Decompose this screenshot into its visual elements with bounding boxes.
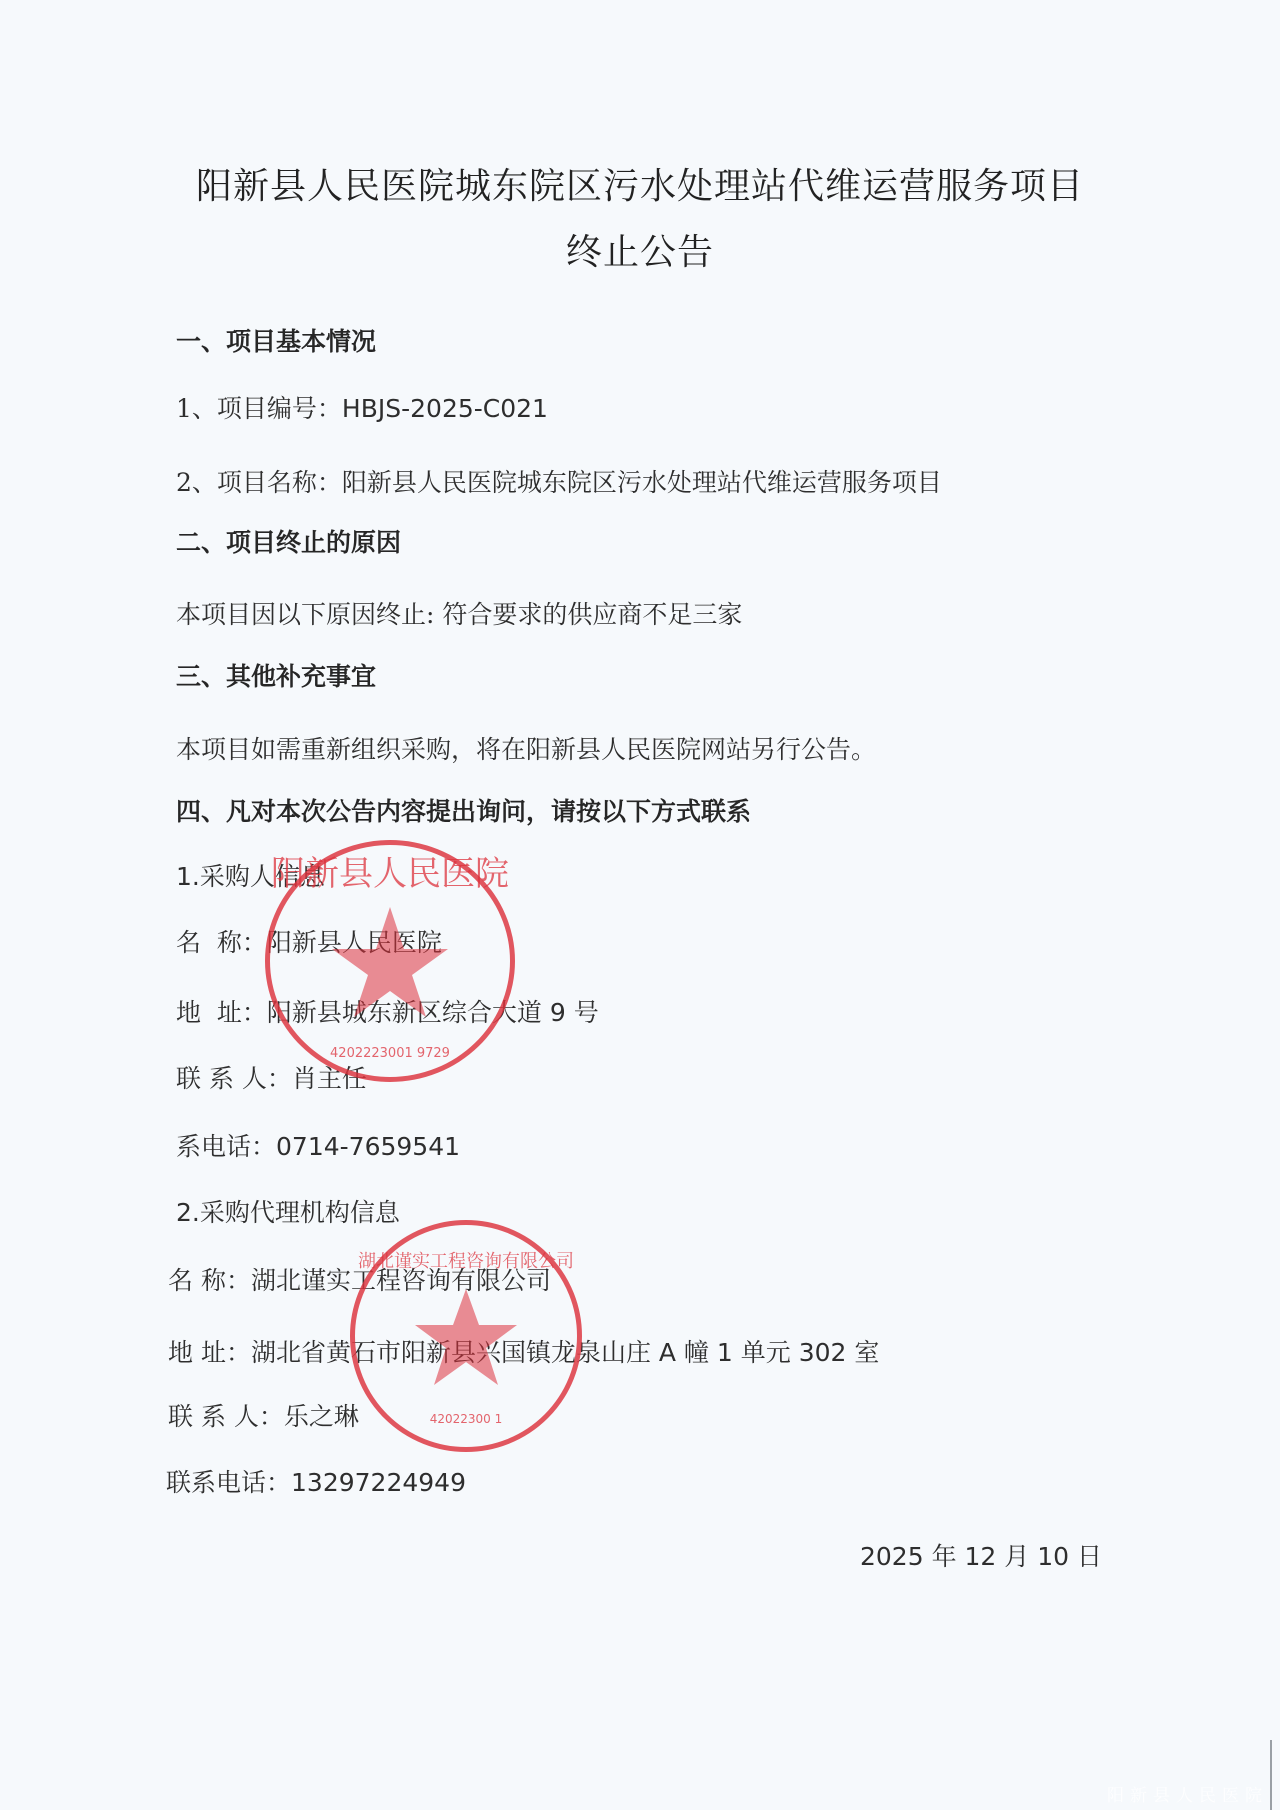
- page-edge-divider: [1270, 1740, 1272, 1810]
- supplementary-notes: 本项目如需重新组织采购，将在阳新县人民医院网站另行公告。: [176, 733, 876, 767]
- purchaser-heading: 1.采购人信息: [176, 860, 325, 894]
- agency-phone-label: 联系电话：: [166, 1466, 291, 1500]
- purchaser-contact-label: 联 系 人：: [176, 1062, 292, 1096]
- purchaser-address-row: 地 址：阳新县城东新区综合大道 9 号: [176, 996, 599, 1030]
- project-name-value: 阳新县人民医院城东院区污水处理站代维运营服务项目: [342, 468, 942, 497]
- agency-name-label: 名 称：: [168, 1264, 251, 1298]
- project-name-label: 2、项目名称：: [176, 466, 342, 500]
- agency-name-value: 湖北谨实工程咨询有限公司: [251, 1266, 551, 1295]
- agency-address-label: 地 址：: [168, 1336, 251, 1370]
- termination-reason: 本项目因以下原因终止: 符合要求的供应商不足三家: [176, 598, 742, 632]
- agency-heading: 2.采购代理机构信息: [176, 1196, 400, 1230]
- svg-text:42022300 1: 42022300 1: [430, 1412, 503, 1426]
- agency-name-row: 名 称：湖北谨实工程咨询有限公司: [168, 1264, 551, 1298]
- purchaser-phone-value: 0714-7659541: [276, 1132, 460, 1161]
- agency-contact-label: 联 系 人：: [168, 1400, 284, 1434]
- agency-address-value: 湖北省黄石市阳新县兴国镇龙泉山庄 A 幢 1 单元 302 室: [251, 1338, 879, 1367]
- agency-address-row: 地 址：湖北省黄石市阳新县兴国镇龙泉山庄 A 幢 1 单元 302 室: [168, 1336, 879, 1370]
- project-number-row: 1、项目编号：HBJS-2025-C021: [176, 392, 548, 426]
- purchaser-phone-label: 系电话：: [176, 1130, 276, 1164]
- purchaser-contact-value: 肖主任: [292, 1064, 367, 1093]
- agency-contact-row: 联 系 人：乐之琳: [168, 1400, 359, 1434]
- purchaser-address-label: 地 址：: [176, 996, 267, 1030]
- watermark-text: 阳新县人民医院: [1107, 1781, 1268, 1806]
- section4-heading: 四、凡对本次公告内容提出询问，请按以下方式联系: [176, 795, 751, 829]
- announcement-date: 2025 年 12 月 10 日: [860, 1540, 1102, 1574]
- section1-heading: 一、项目基本情况: [176, 325, 376, 359]
- project-number-value: HBJS-2025-C021: [342, 394, 548, 423]
- document-title-line1: 阳新县人民医院城东院区污水处理站代维运营服务项目: [0, 158, 1280, 209]
- purchaser-address-value: 阳新县城东新区综合大道 9 号: [267, 998, 599, 1027]
- agency-phone-row: 联系电话：13297224949: [166, 1466, 466, 1500]
- purchaser-name-label: 名 称：: [176, 926, 267, 960]
- agency-phone-value: 13297224949: [291, 1468, 466, 1497]
- document-title-line2: 终止公告: [0, 224, 1280, 275]
- document-page: 阳新县人民医院城东院区污水处理站代维运营服务项目 终止公告 一、项目基本情况 1…: [0, 0, 1280, 1810]
- purchaser-contact-row: 联 系 人：肖主任: [176, 1062, 367, 1096]
- purchaser-name-value: 阳新县人民医院: [267, 928, 442, 957]
- purchaser-phone-row: 系电话：0714-7659541: [176, 1130, 460, 1164]
- section2-heading: 二、项目终止的原因: [176, 526, 401, 560]
- section3-heading: 三、其他补充事宜: [176, 660, 376, 694]
- svg-text:4202223001 9729: 4202223001 9729: [330, 1046, 450, 1061]
- purchaser-name-row: 名 称：阳新县人民医院: [176, 926, 442, 960]
- project-number-label: 1、项目编号：: [176, 392, 342, 426]
- agency-contact-value: 乐之琳: [284, 1402, 359, 1431]
- project-name-row: 2、项目名称：阳新县人民医院城东院区污水处理站代维运营服务项目: [176, 466, 942, 500]
